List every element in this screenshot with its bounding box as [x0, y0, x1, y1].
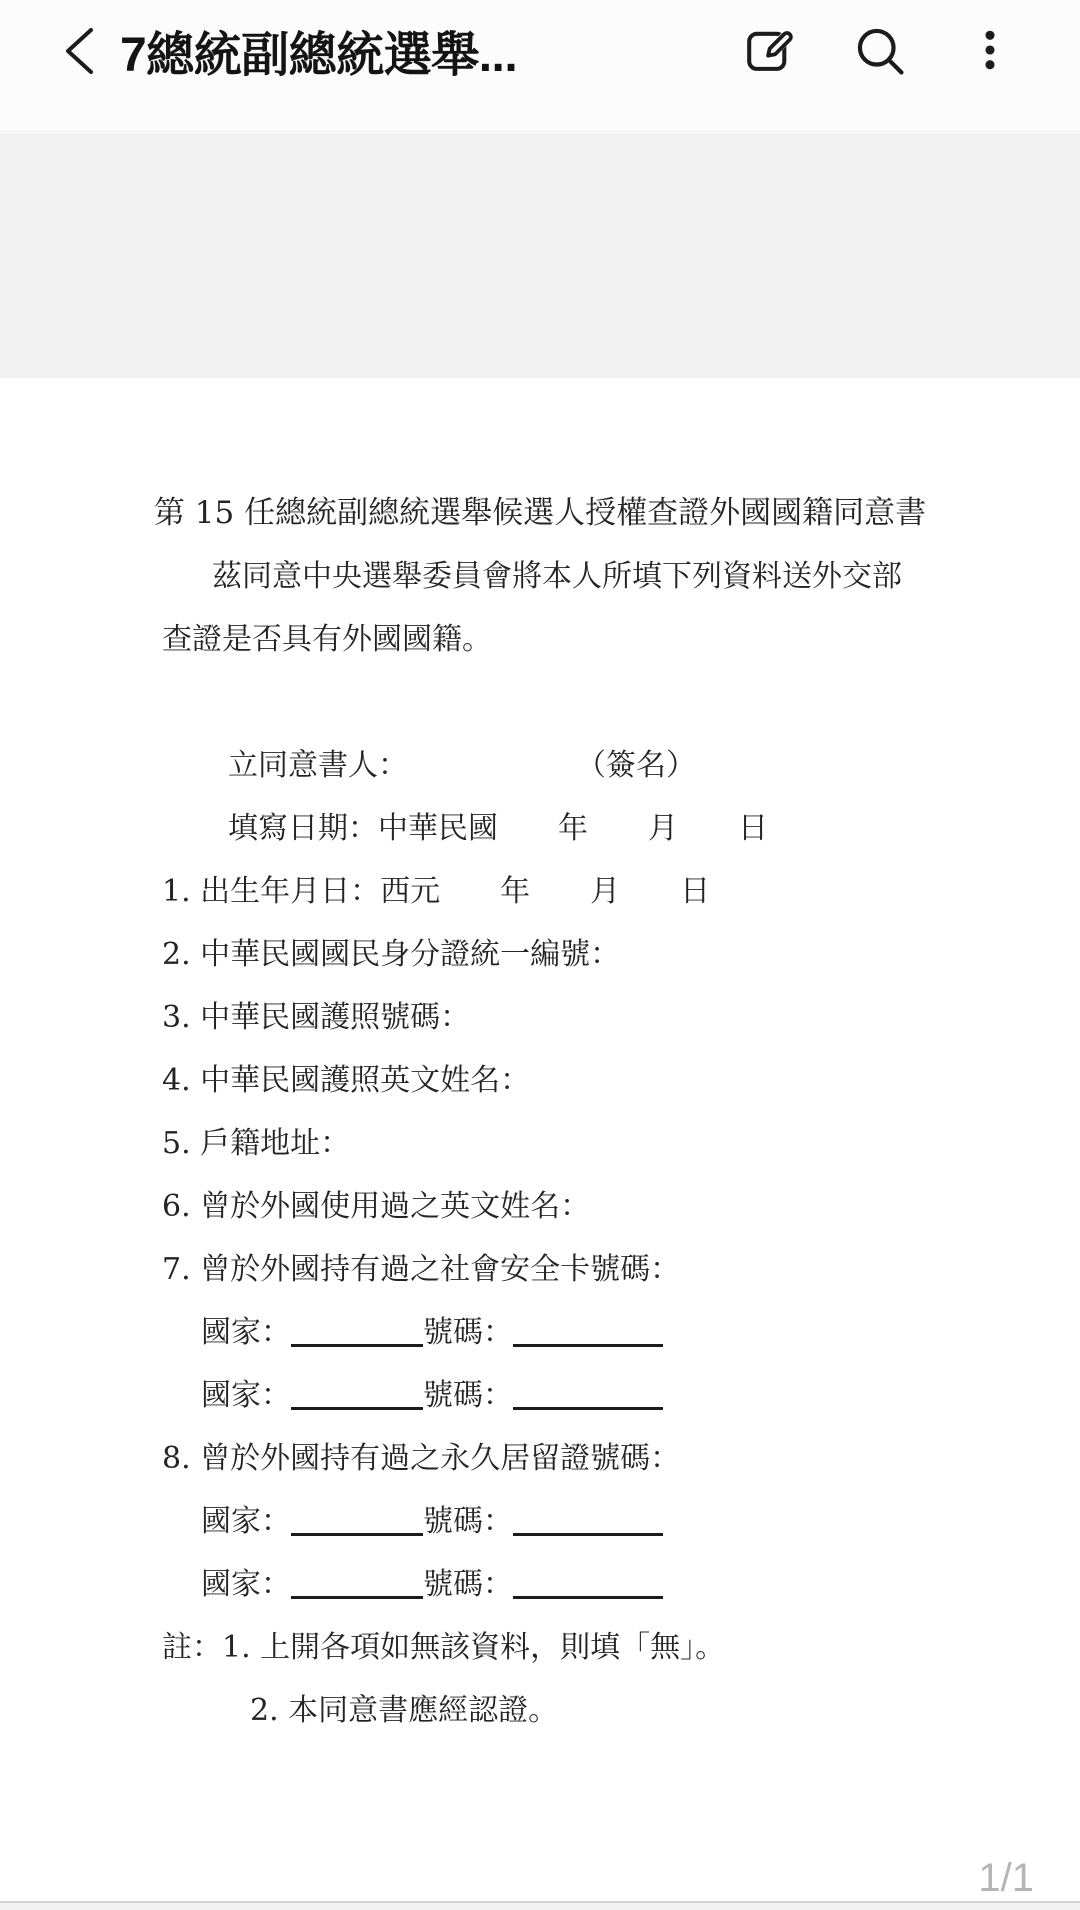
country-blank-line — [291, 1399, 423, 1410]
number-label: 號碼： — [423, 1378, 513, 1413]
number-label: 號碼： — [423, 1315, 513, 1350]
blank-row: 國家：號碼： — [162, 1490, 990, 1553]
doc-intro-line-2: 查證是否具有外國國籍。 — [162, 608, 990, 671]
page-bottom-edge — [0, 1901, 1080, 1910]
doc-item-3: 3. 中華民國護照號碼： — [162, 986, 990, 1049]
search-button[interactable] — [852, 23, 908, 79]
doc-title: 第 15 任總統副總統選舉候選人授權查證外國國籍同意書 — [0, 482, 1080, 545]
country-label: 國家： — [201, 1378, 291, 1413]
page-viewport-gap — [0, 133, 1080, 378]
blank-row: 國家：號碼： — [162, 1301, 990, 1364]
more-vertical-icon — [964, 24, 1016, 76]
country-label: 國家： — [201, 1504, 291, 1539]
doc-item-4: 4. 中華民國護照英文姓名： — [162, 1049, 990, 1112]
signer-line: 立同意書人：（簽名） — [162, 734, 990, 797]
search-icon — [852, 23, 908, 79]
doc-item-2: 2. 中華民國國民身分證統一編號： — [162, 923, 990, 986]
number-blank-line — [513, 1525, 663, 1536]
file-title: 7總統副總統選舉... — [120, 16, 517, 85]
signature-hint: （簽名） — [591, 748, 696, 783]
doc-item-8: 8. 曾於外國持有過之永久居留證號碼： — [162, 1427, 990, 1490]
page-indicator: 1/1 — [978, 1856, 1034, 1901]
edit-button[interactable] — [742, 23, 796, 77]
country-blank-line — [291, 1525, 423, 1536]
back-button[interactable] — [58, 24, 102, 78]
number-blank-line — [513, 1399, 663, 1410]
blank-row: 國家：號碼： — [162, 1553, 990, 1616]
number-blank-line — [513, 1336, 663, 1347]
document-viewer-screen: 7總統副總統選舉... — [0, 0, 1080, 1910]
country-label: 國家： — [201, 1567, 291, 1602]
note-line-2: 2. 本同意書應經認證。 — [162, 1679, 990, 1742]
country-label: 國家： — [201, 1315, 291, 1350]
doc-item-7: 7. 曾於外國持有過之社會安全卡號碼： — [162, 1238, 990, 1301]
doc-intro-line-1: 茲同意中央選舉委員會將本人所填下列資料送外交部 — [162, 545, 990, 608]
document-content: 第 15 任總統副總統選舉候選人授權查證外國國籍同意書 茲同意中央選舉委員會將本… — [0, 378, 1080, 1742]
back-chevron-icon — [58, 24, 102, 78]
country-blank-line — [291, 1336, 423, 1347]
doc-item-6: 6. 曾於外國使用過之英文姓名： — [162, 1175, 990, 1238]
blank-row: 國家：號碼： — [162, 1364, 990, 1427]
more-options-button[interactable] — [964, 24, 1016, 76]
app-header: 7總統副總統選舉... — [0, 0, 1080, 132]
document-page[interactable]: 第 15 任總統副總統選舉候選人授權查證外國國籍同意書 茲同意中央選舉委員會將本… — [0, 378, 1080, 1901]
signer-label: 立同意書人： — [228, 748, 408, 783]
doc-item-1: 1. 出生年月日：西元 年 月 日 — [162, 860, 990, 923]
date-line: 填寫日期：中華民國 年 月 日 — [162, 797, 990, 860]
country-blank-line — [291, 1588, 423, 1599]
spacer-line — [162, 671, 990, 734]
edit-compose-icon — [742, 23, 796, 77]
number-label: 號碼： — [423, 1504, 513, 1539]
number-blank-line — [513, 1588, 663, 1599]
note-line-1: 註：1. 上開各項如無該資料，則填「無」。 — [162, 1616, 990, 1679]
number-label: 號碼： — [423, 1567, 513, 1602]
doc-item-5: 5. 戶籍地址： — [162, 1112, 990, 1175]
